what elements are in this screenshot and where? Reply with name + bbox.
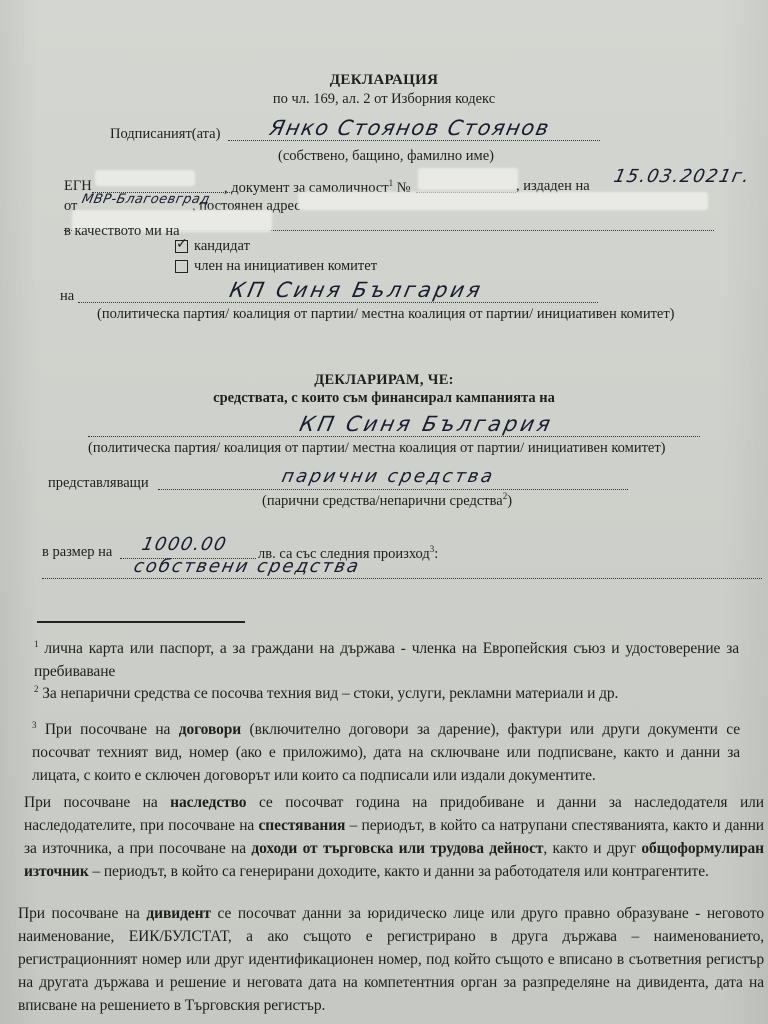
- option-committee-label: член на инициативен комитет: [194, 258, 377, 275]
- document-title: ДЕКЛАРАЦИЯ: [0, 72, 768, 89]
- document-subtitle: по чл. 169, ал. 2 от Изборния кодекс: [0, 91, 768, 108]
- paragraph-text: При посочване на: [18, 905, 146, 922]
- party-value[interactable]: КП Синя България: [227, 278, 485, 302]
- representing-line: [158, 489, 628, 490]
- footnote-ref-2: 2: [503, 491, 508, 501]
- representing-label: представляващи: [48, 475, 149, 492]
- issued-date[interactable]: 15.03.2021г.: [612, 166, 753, 187]
- party-label: на: [60, 288, 74, 305]
- emphasis-term: дивидент: [146, 905, 211, 922]
- representing-caption: (парични средства/непарични средства2): [262, 491, 512, 510]
- declaration-page: ДЕКЛАРАЦИЯ по чл. 169, ал. 2 от Изборния…: [0, 0, 768, 1024]
- footnote-1: 1 лична карта или паспорт, а за граждани…: [34, 633, 739, 683]
- campaign-value[interactable]: КП Синя България: [297, 412, 555, 436]
- capacity-label: в качеството ми на: [64, 223, 180, 240]
- signatory-name[interactable]: Янко Стоянов Стоянов: [267, 116, 552, 140]
- declaration-intro: средствата, с които съм финансирал кампа…: [0, 390, 768, 407]
- footnote-1-text: лична карта или паспорт, а за граждани н…: [34, 640, 739, 680]
- footnote-3: 3 При посочване на договори (включително…: [32, 714, 740, 787]
- paragraph-text: – периодът, в който са генерирани доходи…: [89, 863, 709, 880]
- footnote-ref-1: 1: [389, 178, 394, 188]
- footnote-paragraph-inheritance: При посочване на наследство се посочват …: [24, 791, 764, 883]
- origin-line: [42, 578, 762, 579]
- origin-value[interactable]: собствени средства: [132, 556, 363, 577]
- paragraph-text: , както и друг: [543, 840, 641, 857]
- footnote-1-number: 1: [34, 639, 38, 649]
- signatory-line: [228, 140, 600, 141]
- footnote-3-pre: При посочване на: [45, 721, 179, 738]
- footnote-2-number: 2: [34, 684, 38, 694]
- footnote-2: 2 За непарични средства се посочва техни…: [34, 678, 739, 705]
- declaration-heading: ДЕКЛАРИРАМ, ЧЕ:: [0, 372, 768, 389]
- checkbox-committee-member[interactable]: [175, 260, 188, 273]
- campaign-line: [88, 436, 700, 437]
- party-line: [78, 302, 598, 303]
- footnote-paragraph-dividend: При посочване на дивидент се посочват да…: [18, 902, 764, 1017]
- signatory-label: Подписаният(ата): [110, 126, 220, 143]
- representing-value[interactable]: парични средства: [280, 466, 497, 487]
- footnote-separator: [37, 621, 245, 623]
- emphasis-term: доходи от търговска или трудова дейност: [251, 840, 543, 857]
- amount-value[interactable]: 1000.00: [140, 534, 229, 555]
- emphasis-term: спестявания: [259, 817, 346, 834]
- footnote-3-bold: договори: [179, 721, 241, 738]
- paragraph-text: При посочване на: [24, 794, 170, 811]
- option-candidate-label: кандидат: [194, 238, 250, 255]
- doc-number-redaction: [418, 168, 518, 190]
- egn-redaction: [95, 170, 195, 186]
- footnote-3-number: 3: [32, 720, 36, 730]
- footnote-ref-3: 3: [430, 544, 435, 554]
- check-icon: ✓: [176, 239, 188, 250]
- checkbox-candidate[interactable]: ✓: [175, 240, 188, 253]
- emphasis-term: наследство: [170, 794, 246, 811]
- amount-label: в размер на: [42, 544, 112, 561]
- party-caption: (политическа партия/ коалиция от партии/…: [97, 306, 675, 323]
- footnote-2-text: За непарични средства се посочва техния …: [42, 685, 618, 702]
- signatory-caption: (собствено, бащино, фамилно име): [278, 148, 494, 165]
- representing-caption-text: (парични средства/непарични средства: [262, 493, 503, 509]
- address-redaction-1: [298, 192, 708, 210]
- campaign-caption: (политическа партия/ коалиция от партии/…: [88, 440, 666, 457]
